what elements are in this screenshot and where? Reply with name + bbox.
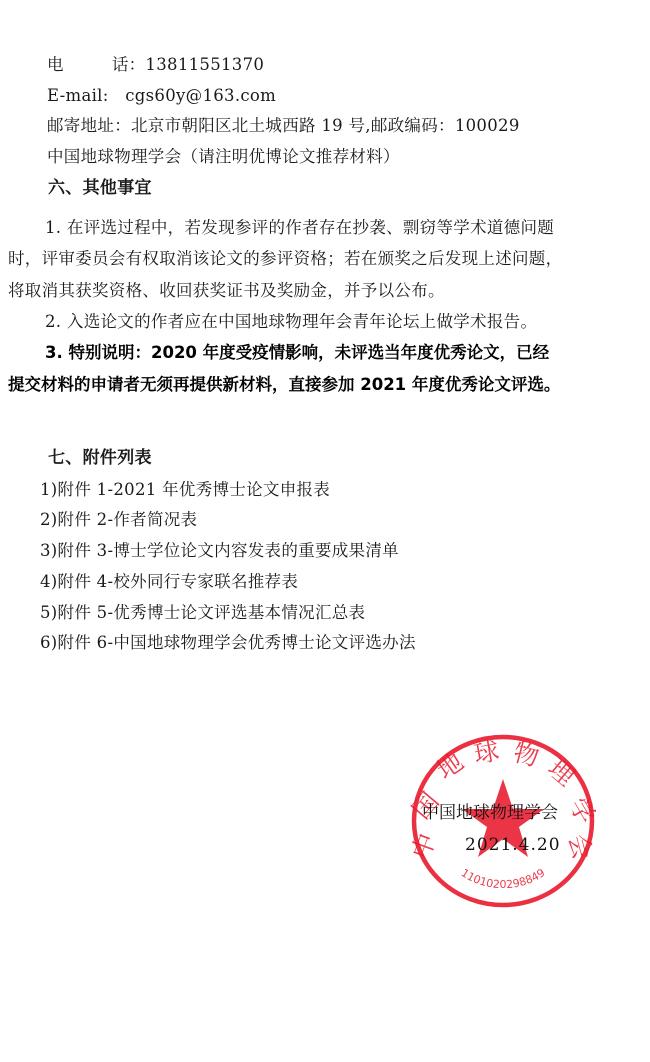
section-7-heading: 七、附件列表 bbox=[48, 448, 152, 468]
attachment-item-5: 5)附件 5-优秀博士论文评选基本情况汇总表 bbox=[40, 603, 365, 623]
phone-label: 电 bbox=[47, 55, 64, 74]
address-line: 邮寄地址：北京市朝阳区北土城西路 19 号,邮政编码：100029 bbox=[47, 116, 520, 136]
org-note: 中国地球物理学会（请注明优博论文推荐材料） bbox=[47, 147, 400, 167]
svg-text:地: 地 bbox=[432, 747, 469, 785]
email-label: E-mail: bbox=[47, 86, 109, 105]
section-6-heading: 六、其他事宜 bbox=[48, 178, 152, 198]
section-6-item-2: 2. 入选论文的作者应在中国地球物理年会青年论坛上做学术报告。 bbox=[45, 312, 537, 332]
svg-text:中: 中 bbox=[410, 829, 442, 862]
address-value: 北京市朝阳区北土城西路 19 号,邮政编码：100029 bbox=[131, 116, 520, 135]
section-6-item-3-line-1: 3. 特别说明：2020 年度受疫情影响，未评选当年度优秀论文，已经 bbox=[45, 343, 549, 363]
signature-org: 中国地球物理学会 bbox=[422, 798, 558, 823]
section-6-item-1-line-3: 将取消其获奖资格、收回获奖证书及奖励金，并予以公布。 bbox=[8, 281, 445, 301]
email-value: cgs60y@163.com bbox=[125, 86, 276, 105]
section-6-item-3-line-2: 提交材料的申请者无须再提供新材料，直接参加 2021 年度优秀论文评选。 bbox=[8, 375, 560, 395]
svg-text:球: 球 bbox=[472, 736, 502, 769]
attachment-item-3: 3)附件 3-博士学位论文内容发表的重要成果清单 bbox=[40, 541, 399, 561]
attachment-item-6: 6)附件 6-中国地球物理学会优秀博士论文评选办法 bbox=[40, 633, 416, 653]
svg-text:1101020298849: 1101020298849 bbox=[459, 866, 548, 891]
phone-line: 电话：13811551370 bbox=[47, 55, 264, 75]
phone-label-2: 话： bbox=[112, 55, 146, 74]
svg-text:物: 物 bbox=[510, 738, 542, 772]
section-6-item-1-line-1: 1. 在评选过程中，若发现参评的作者存在抄袭、剽窃等学术道德问题 bbox=[45, 218, 554, 238]
signature-date: 2021.4.20 bbox=[465, 835, 561, 855]
section-6-item-1-line-2: 时，评审委员会有权取消该论文的参评资格；若在颁奖之后发现上述问题， bbox=[8, 249, 562, 269]
email-line: E-mail: cgs60y@163.com bbox=[47, 86, 276, 106]
attachment-item-4: 4)附件 4-校外同行专家联名推荐表 bbox=[40, 572, 298, 592]
address-label: 邮寄地址： bbox=[47, 116, 131, 135]
attachment-item-1: 1)附件 1-2021 年优秀博士论文申报表 bbox=[40, 480, 330, 500]
attachment-item-2: 2)附件 2-作者简况表 bbox=[40, 510, 197, 530]
svg-text:理: 理 bbox=[543, 753, 581, 791]
svg-text:会: 会 bbox=[563, 831, 596, 863]
phone-value: 13811551370 bbox=[145, 55, 264, 74]
